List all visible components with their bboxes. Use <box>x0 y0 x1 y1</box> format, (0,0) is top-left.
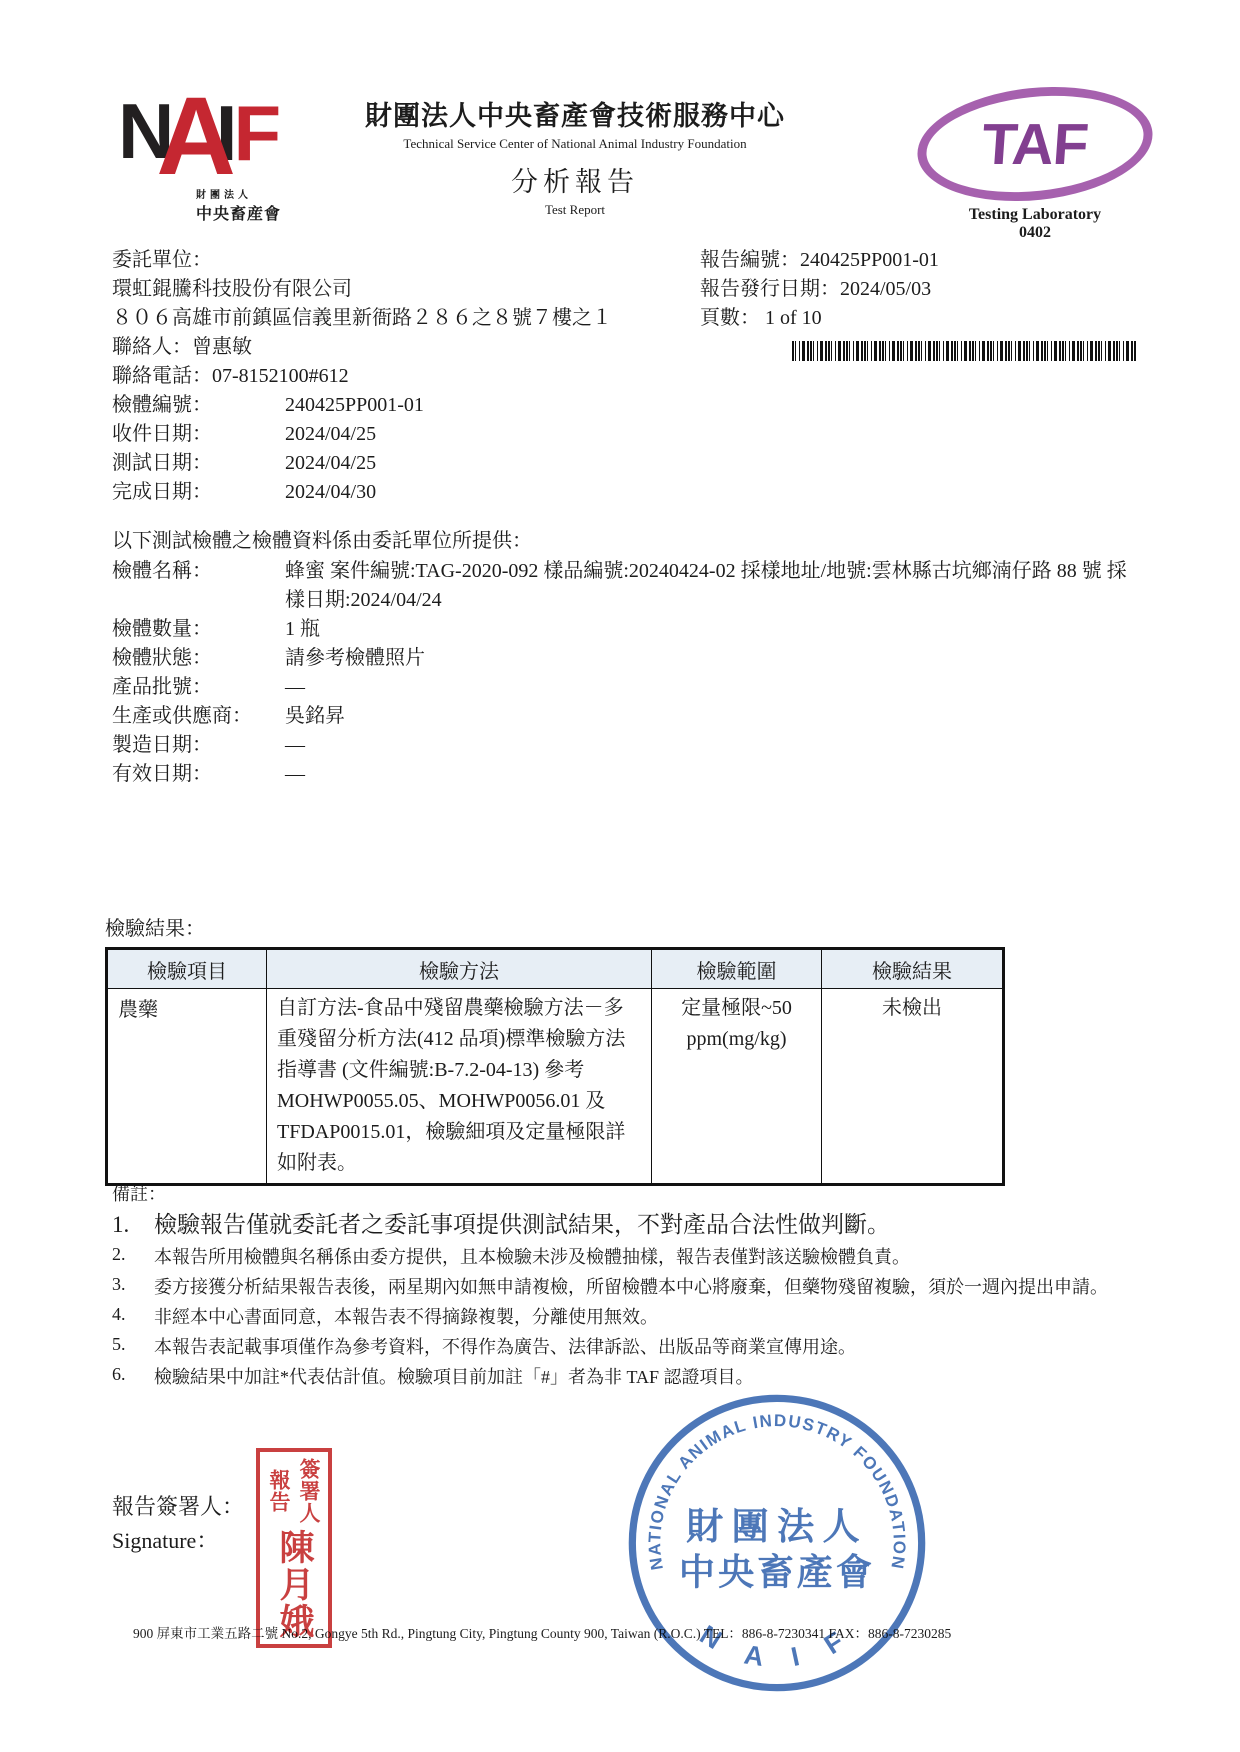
client-phone: 聯絡電話：07-8152100#612 <box>112 362 702 391</box>
client-name: 環虹錕騰科技股份有限公司 <box>112 275 702 304</box>
naif-subtitle-line2: 中央畜産會 <box>196 201 318 224</box>
seal-center-line2: 中央畜產會 <box>679 1552 875 1592</box>
report-number-line: 報告編號：240425PP001-01 <box>700 246 1170 275</box>
taf-ellipse-icon: TAF <box>912 76 1158 212</box>
note-text: 委方接獲分析結果報告表後，兩星期內如無申請複檢，所留檢體本中心將廢棄，但藥物殘留… <box>154 1274 1108 1300</box>
cell-test-range: 定量極限~50 ppm(mg/kg) <box>652 989 822 1185</box>
notes-title: 備註： <box>112 1180 1138 1206</box>
note-item-2: 2. 本報告所用檢體與名稱係由委方提供，且本檢驗未涉及檢體抽樣，報告表僅對該送驗… <box>112 1244 1138 1270</box>
report-meta-block: 報告編號：240425PP001-01 報告發行日期：2024/05/03 頁數… <box>700 246 1170 361</box>
cell-test-method: 自訂方法-食品中殘留農藥檢驗方法－多重殘留分析方法(412 品項)標準檢驗方法指… <box>267 989 652 1185</box>
sample-info-intro: 以下測試檢體之檢體資料係由委託單位所提供： <box>112 527 1136 556</box>
sample-meta-grid: 檢體編號： 240425PP001-01 收件日期： 2024/04/25 測試… <box>112 391 702 507</box>
organization-name-zh: 財團法人中央畜產會技術服務中心 <box>350 94 800 133</box>
sample-id-label: 檢體編號： <box>112 391 285 420</box>
seal-arc-bottom-text: N A I F <box>695 1619 859 1673</box>
test-report-page: N A I F 財團法人 中央畜産會 財團法人中央畜產會技術服務中心 Techn… <box>0 0 1240 1752</box>
sample-state-label: 檢體狀態： <box>112 644 285 673</box>
sample-qty-label: 檢體數量： <box>112 615 285 644</box>
cell-test-result: 未檢出 <box>822 989 1004 1185</box>
signer-red-stamp: 簽署人報告 陳月娥 <box>256 1448 332 1648</box>
client-contact: 聯絡人：曾惠敏 <box>112 333 702 362</box>
header-test-item: 檢驗項目 <box>107 949 267 989</box>
foundation-seal-icon: NATIONAL ANIMAL INDUSTRY FOUNDATION 財團法人… <box>622 1388 932 1698</box>
header-test-method: 檢驗方法 <box>267 949 652 989</box>
note-number: 3. <box>112 1274 154 1300</box>
red-stamp-col-left: 報告 <box>267 1469 291 1513</box>
results-title: 檢驗結果： <box>105 912 1002 941</box>
red-stamp-signer-name: 陳月娥 <box>269 1529 319 1640</box>
naif-letter-a: A <box>156 82 231 192</box>
signature-block: 報告簽署人： Signature： <box>112 1490 244 1558</box>
expiry-date-value: — <box>285 760 1136 789</box>
note-number: 2. <box>112 1244 154 1270</box>
note-number: 6. <box>112 1364 154 1390</box>
naif-logo: N A I F 財團法人 中央畜産會 <box>118 92 318 224</box>
test-date-label: 測試日期： <box>112 449 285 478</box>
organization-name-en: Technical Service Center of National Ani… <box>350 136 800 152</box>
results-section: 檢驗結果： 檢驗項目 檢驗方法 檢驗範圍 檢驗結果 農藥 自訂方法-食品中殘留農… <box>105 912 1002 1186</box>
batch-no-label: 產品批號： <box>112 673 285 702</box>
page-count-line: 頁數： 1 of 10 <box>700 304 1170 333</box>
signer-label-en: Signature： <box>112 1524 244 1558</box>
expiry-date-label: 有效日期： <box>112 760 285 789</box>
note-text: 本報告表記載事項僅作為參考資料，不得作為廣告、法律訴訟、出版品等商業宣傳用途。 <box>154 1334 856 1360</box>
mfg-date-label: 製造日期： <box>112 731 285 760</box>
page-count-value: 1 of 10 <box>765 307 822 329</box>
signer-label-zh: 報告簽署人： <box>112 1490 244 1524</box>
client-info-block: 委託單位： 環虹錕騰科技股份有限公司 ８０６高雄市前鎮區信義里新衙路２８６之８號… <box>112 246 702 507</box>
received-date-value: 2024/04/25 <box>285 420 702 449</box>
results-table: 檢驗項目 檢驗方法 檢驗範圍 檢驗結果 農藥 自訂方法-食品中殘留農藥檢驗方法－… <box>105 947 1005 1186</box>
supplier-value: 吳銘昇 <box>285 702 1136 731</box>
page-count-label: 頁數： <box>700 307 760 329</box>
sample-state-value: 請參考檢體照片 <box>285 644 1136 673</box>
test-date-value: 2024/04/25 <box>285 449 702 478</box>
note-number: 4. <box>112 1304 154 1330</box>
issue-date-line: 報告發行日期：2024/05/03 <box>700 275 1170 304</box>
cell-test-item: 農藥 <box>107 989 267 1185</box>
note-item-5: 5. 本報告表記載事項僅作為參考資料，不得作為廣告、法律訴訟、出版品等商業宣傳用… <box>112 1334 1138 1360</box>
results-header-row: 檢驗項目 檢驗方法 檢驗範圍 檢驗結果 <box>107 949 1004 989</box>
batch-no-value: — <box>285 673 1136 702</box>
header-title-block: 財團法人中央畜產會技術服務中心 Technical Service Center… <box>350 94 800 218</box>
received-date-label: 收件日期： <box>112 420 285 449</box>
taf-label: Testing Laboratory <box>885 206 1185 224</box>
client-address: ８０６高雄市前鎮區信義里新衙路２８６之８號７樓之１ <box>112 304 702 333</box>
sample-info-grid: 檢體名稱： 蜂蜜 案件編號:TAG-2020-092 樣品編號:20240424… <box>112 557 1136 789</box>
note-text: 本報告所用檢體與名稱係由委方提供，且本檢驗未涉及檢體抽樣，報告表僅對該送驗檢體負… <box>154 1244 910 1270</box>
svg-text:N A I F: N A I F <box>695 1619 859 1673</box>
supplier-label: 生產或供應商： <box>112 702 285 731</box>
issue-date-value: 2024/05/03 <box>840 278 931 300</box>
naif-logo-letters: N A I F <box>118 92 318 192</box>
sample-info-section: 以下測試檢體之檢體資料係由委託單位所提供： 檢體名稱： 蜂蜜 案件編號:TAG-… <box>112 527 1136 789</box>
complete-date-value: 2024/04/30 <box>285 478 702 507</box>
sample-qty-value: 1 瓶 <box>285 615 1136 644</box>
sample-name-label: 檢體名稱： <box>112 557 285 615</box>
report-title-en: Test Report <box>350 202 800 218</box>
note-text: 檢驗報告僅就委託者之委託事項提供測試結果，不對產品合法性做判斷。 <box>154 1210 890 1240</box>
taf-accreditation-number: 0402 <box>885 224 1185 242</box>
report-title-zh: 分析報告 <box>350 160 800 199</box>
complete-date-label: 完成日期： <box>112 478 285 507</box>
note-item-1: 1. 檢驗報告僅就委託者之委託事項提供測試結果，不對產品合法性做判斷。 <box>112 1210 1138 1240</box>
results-data-row: 農藥 自訂方法-食品中殘留農藥檢驗方法－多重殘留分析方法(412 品項)標準檢驗… <box>107 989 1004 1185</box>
taf-logo: TAF Testing Laboratory 0402 <box>885 88 1185 242</box>
mfg-date-value: — <box>285 731 1136 760</box>
note-item-6: 6. 檢驗結果中加註*代表估計值。檢驗項目前加註「#」者為非 TAF 認證項目。 <box>112 1364 1138 1390</box>
seal-center-line1: 財團法人 <box>686 1506 868 1548</box>
barcode <box>792 341 1137 361</box>
header-test-range: 檢驗範圍 <box>652 949 822 989</box>
red-stamp-col-right: 簽署人 <box>297 1458 321 1524</box>
sample-name-value: 蜂蜜 案件編號:TAG-2020-092 樣品編號:20240424-02 採樣… <box>285 557 1136 615</box>
note-number: 1. <box>112 1210 154 1240</box>
note-text: 非經本中心書面同意，本報告表不得摘錄複製，分離使用無效。 <box>154 1304 658 1330</box>
note-item-4: 4. 非經本中心書面同意，本報告表不得摘錄複製，分離使用無效。 <box>112 1304 1138 1330</box>
note-item-3: 3. 委方接獲分析結果報告表後，兩星期內如無申請複檢，所留檢體本中心將廢棄，但藥… <box>112 1274 1138 1300</box>
client-label: 委託單位： <box>112 246 702 275</box>
note-number: 5. <box>112 1334 154 1360</box>
naif-letter-f: F <box>233 94 277 172</box>
notes-section: 備註： 1. 檢驗報告僅就委託者之委託事項提供測試結果，不對產品合法性做判斷。 … <box>112 1180 1138 1394</box>
note-text: 檢驗結果中加註*代表估計值。檢驗項目前加註「#」者為非 TAF 認證項目。 <box>154 1364 754 1390</box>
taf-word: TAF <box>980 111 1090 178</box>
red-stamp-title: 簽署人報告 <box>264 1455 324 1527</box>
report-number-value: 240425PP001-01 <box>800 249 939 271</box>
sample-id-value: 240425PP001-01 <box>285 391 702 420</box>
issue-date-label: 報告發行日期： <box>700 278 840 300</box>
header-test-result: 檢驗結果 <box>822 949 1004 989</box>
report-number-label: 報告編號： <box>700 249 800 271</box>
